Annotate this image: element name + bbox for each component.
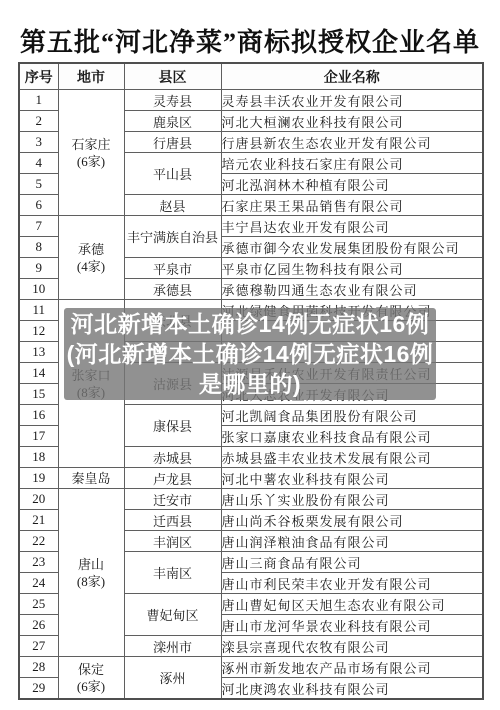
county-cell: 卢龙县 [124, 468, 221, 489]
city-cell-chengde: 承德 (4家) [58, 216, 124, 300]
county-cell: 曹妃甸区 [124, 594, 221, 636]
county-cell: 迁西县 [124, 510, 221, 531]
row-number: 21 [19, 510, 58, 531]
city-count: (8家) [59, 573, 124, 590]
table-row: 7 承德 (4家) 丰宁满族自治县 丰宁昌达农业开发有限公司 [19, 216, 483, 237]
watermark-line: (河北新增本土确诊14例无症状16例 [67, 339, 434, 369]
row-number: 2 [19, 111, 58, 132]
county-cell: 赵县 [124, 195, 221, 216]
company-cell: 丰宁昌达农业开发有限公司 [221, 216, 483, 237]
col-header-city: 地市 [58, 63, 124, 90]
row-number: 9 [19, 258, 58, 279]
company-cell: 涿州市新发地农产品市场有限公司 [221, 657, 483, 678]
row-number: 6 [19, 195, 58, 216]
county-cell: 鹿泉区 [124, 111, 221, 132]
row-number: 5 [19, 174, 58, 195]
county-cell: 行唐县 [124, 132, 221, 153]
county-cell: 丰南区 [124, 552, 221, 594]
company-cell: 唐山三商食品有限公司 [221, 552, 483, 573]
table-row: 20 唐山 (8家) 迁安市 唐山乐丫实业股份有限公司 [19, 489, 483, 510]
company-cell: 唐山乐丫实业股份有限公司 [221, 489, 483, 510]
city-cell-baoding: 保定 (6家) [58, 657, 124, 700]
col-header-company: 企业名称 [221, 63, 483, 90]
county-cell: 涿州 [124, 657, 221, 700]
row-number: 17 [19, 426, 58, 447]
company-cell: 承德穆勒四通生态农业有限公司 [221, 279, 483, 300]
row-number: 4 [19, 153, 58, 174]
row-number: 22 [19, 531, 58, 552]
city-count: (4家) [59, 258, 124, 275]
city-count: (6家) [59, 153, 124, 170]
city-name: 唐山 [59, 556, 124, 573]
document-title: 第五批“河北净菜”商标拟授权企业名单 [0, 22, 500, 59]
row-number: 23 [19, 552, 58, 573]
company-cell: 行唐县新农生态农业开发有限公司 [221, 132, 483, 153]
company-cell: 唐山曹妃甸区天旭生态农业有限公司 [221, 594, 483, 615]
company-cell: 承德市御今农业发展集团股份有限公司 [221, 237, 483, 258]
county-cell: 平山县 [124, 153, 221, 195]
county-cell: 承德县 [124, 279, 221, 300]
city-name: 秦皇岛 [59, 470, 124, 487]
row-number: 12 [19, 321, 58, 342]
row-number: 18 [19, 447, 58, 468]
county-cell: 滦州市 [124, 636, 221, 657]
row-number: 10 [19, 279, 58, 300]
row-number: 15 [19, 384, 58, 405]
city-cell-tangshan: 唐山 (8家) [58, 489, 124, 657]
row-number: 19 [19, 468, 58, 489]
watermark-line: 河北新增本土确诊14例无症状16例 [71, 309, 430, 339]
watermark-line: 是哪里的) [199, 369, 301, 399]
county-cell: 平泉市 [124, 258, 221, 279]
table-row: 1 石家庄 (6家) 灵寿县 灵寿县丰沃农业开发有限公司 [19, 90, 483, 111]
row-number: 7 [19, 216, 58, 237]
row-number: 20 [19, 489, 58, 510]
city-cell-qinhuangdao: 秦皇岛 [58, 468, 124, 489]
company-cell: 唐山市龙河华景农业科技有限公司 [221, 615, 483, 636]
header-row: 序号 地市 县区 企业名称 [19, 63, 483, 90]
watermark-overlay: 河北新增本土确诊14例无症状16例 (河北新增本土确诊14例无症状16例 是哪里… [64, 308, 436, 400]
table-row: 19 秦皇岛 卢龙县 河北中薯农业科技有限公司 [19, 468, 483, 489]
company-cell: 张家口嘉康农业科技食品有限公司 [221, 426, 483, 447]
row-number: 8 [19, 237, 58, 258]
row-number: 1 [19, 90, 58, 111]
row-number: 16 [19, 405, 58, 426]
county-cell: 康保县 [124, 405, 221, 447]
row-number: 14 [19, 363, 58, 384]
city-cell-shijiazhuang: 石家庄 (6家) [58, 90, 124, 216]
company-cell: 河北中薯农业科技有限公司 [221, 468, 483, 489]
company-cell: 唐山尚禾谷板栗发展有限公司 [221, 510, 483, 531]
company-cell: 河北庚鸿农业科技有限公司 [221, 678, 483, 700]
row-number: 3 [19, 132, 58, 153]
city-count: (6家) [59, 678, 124, 695]
county-cell: 丰润区 [124, 531, 221, 552]
county-cell: 丰宁满族自治县 [124, 216, 221, 258]
row-number: 11 [19, 300, 58, 321]
table-row: 28 保定 (6家) 涿州 涿州市新发地农产品市场有限公司 [19, 657, 483, 678]
county-cell: 灵寿县 [124, 90, 221, 111]
city-name: 保定 [59, 661, 124, 678]
row-number: 25 [19, 594, 58, 615]
county-cell: 赤城县 [124, 447, 221, 468]
company-cell: 唐山市利民荣丰农业开发有限公司 [221, 573, 483, 594]
city-name: 石家庄 [59, 136, 124, 153]
company-cell: 滦县宗喜现代农牧有限公司 [221, 636, 483, 657]
col-header-no: 序号 [19, 63, 58, 90]
row-number: 27 [19, 636, 58, 657]
county-cell: 迁安市 [124, 489, 221, 510]
city-name: 承德 [59, 241, 124, 258]
row-number: 29 [19, 678, 58, 700]
company-cell: 唐山润泽粮油食品有限公司 [221, 531, 483, 552]
row-number: 26 [19, 615, 58, 636]
company-cell: 灵寿县丰沃农业开发有限公司 [221, 90, 483, 111]
company-cell: 河北大桓澜农业科技有限公司 [221, 111, 483, 132]
row-number: 13 [19, 342, 58, 363]
row-number: 28 [19, 657, 58, 678]
company-cell: 平泉市亿园生物科技有限公司 [221, 258, 483, 279]
company-cell: 河北泓润林木种植有限公司 [221, 174, 483, 195]
company-cell: 河北凯阔食品集团股份有限公司 [221, 405, 483, 426]
company-cell: 赤城县盛丰农业技术发展有限公司 [221, 447, 483, 468]
col-header-county: 县区 [124, 63, 221, 90]
company-cell: 石家庄果王果品销售有限公司 [221, 195, 483, 216]
row-number: 24 [19, 573, 58, 594]
company-cell: 培元农业科技石家庄有限公司 [221, 153, 483, 174]
